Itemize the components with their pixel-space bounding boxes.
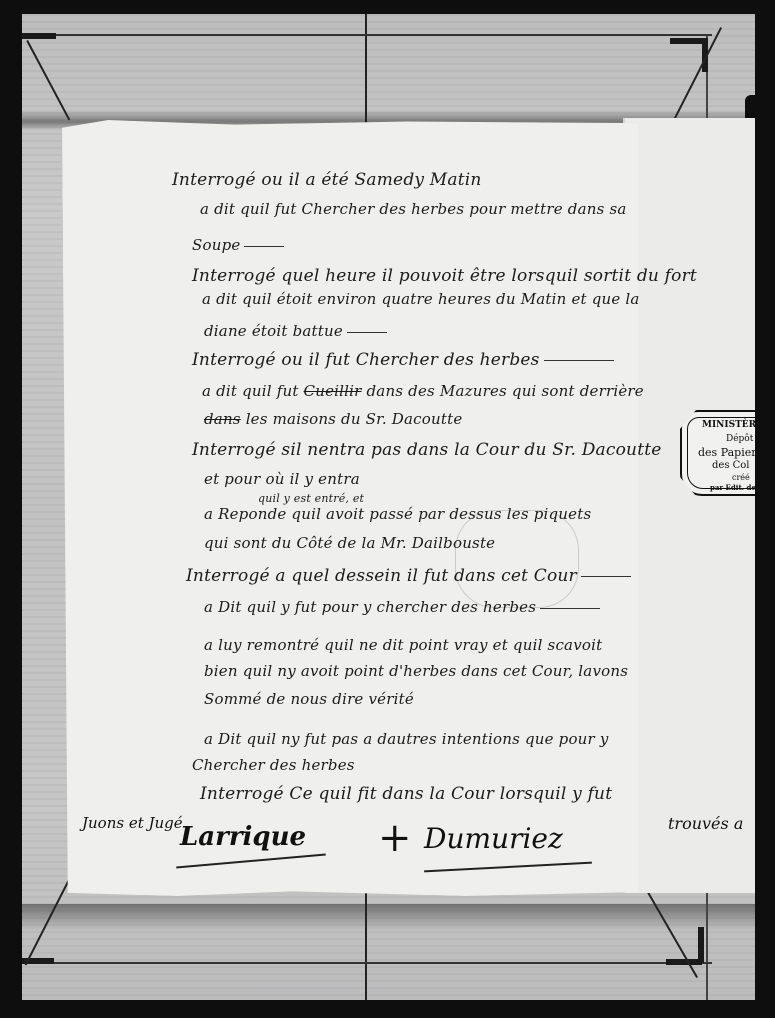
line-text: Interrogé quel heure il pouvoit être lor… <box>192 266 697 286</box>
line-text: diane étoit battue <box>204 322 343 340</box>
line-10: Interrogé sil nentra pas dans la Cour du… <box>192 440 662 460</box>
line-text: Interrogé ou il fut Chercher des herbes <box>192 350 540 370</box>
line-1: Interrogé ou il a été Samedy Matin <box>172 170 482 190</box>
stamp-text: des Col <box>712 460 750 471</box>
line-text: a dit quil fut Chercher des herbes pour … <box>200 200 627 218</box>
stamp-text: des Papiers <box>698 446 762 459</box>
scan-border-right <box>755 0 775 1018</box>
line-21: Interrogé Ce quil fit dans la Cour lorsq… <box>200 784 612 804</box>
line-flourish <box>544 360 614 361</box>
line-text: a Reponde quil avoit passé par dessus le… <box>204 505 591 523</box>
line-text: Interrogé ou il a été Samedy Matin <box>172 170 482 190</box>
line-text: et pour où il y entra <box>204 470 360 488</box>
corner-mark-bottom-right-v <box>698 927 704 963</box>
line-text: Interrogé sil nentra pas dans la Cour du… <box>192 440 662 460</box>
corner-mark-top-right-h <box>670 38 706 44</box>
struck-word: Cueillir <box>304 382 362 400</box>
line-text: quil y est entré, et <box>258 492 364 505</box>
corner-mark-bottom-right-h <box>666 959 702 965</box>
signature-right: Dumuriez <box>424 822 563 855</box>
line-text: a Dit quil ny fut pas a dautres intentio… <box>204 730 609 748</box>
line-flourish <box>540 608 600 609</box>
line-text: bien quil ny avoit point d'herbes dans c… <box>204 662 628 680</box>
stamp-text: Dépôt <box>726 434 753 444</box>
adjacent-page <box>623 118 756 893</box>
line-text: les maisons du Sr. Dacoutte <box>246 410 463 428</box>
signature-left: Larrique <box>180 822 306 852</box>
line-15: a Dit quil y fut pour y chercher des her… <box>204 598 600 616</box>
line-16: a luy remontré quil ne dit point vray et… <box>204 636 602 654</box>
line-text: a dit quil étoit environ quatre heures d… <box>202 290 640 308</box>
stamp-text: créé <box>732 473 750 482</box>
line-flourish <box>347 332 387 333</box>
interlinear-insertion: quil y est entré, et <box>258 492 364 505</box>
line-4: Interrogé quel heure il pouvoit être lor… <box>192 266 697 286</box>
line-12: a Reponde quil avoit passé par dessus le… <box>204 505 591 523</box>
line-flourish <box>581 576 631 577</box>
line-5: a dit quil étoit environ quatre heures d… <box>202 290 640 308</box>
line-text: dans des Mazures qui sont derrière <box>367 382 644 400</box>
line-20: Chercher des herbes <box>192 756 355 774</box>
adjacent-page-text: trouvés a <box>668 814 743 833</box>
board-bottom-rule <box>22 962 712 964</box>
line-text: Interrogé a quel dessein il fut dans cet… <box>186 566 577 586</box>
line-2: a dit quil fut Chercher des herbes pour … <box>200 200 627 218</box>
line-text: qui sont du Côté de la Mr. Dailbouste <box>204 534 495 552</box>
line-17: bien quil ny avoit point d'herbes dans c… <box>204 662 628 680</box>
line-text: Interrogé Ce quil fit dans la Cour lorsq… <box>200 784 612 804</box>
line-6: diane étoit battue <box>204 322 387 340</box>
corner-mark-top-left <box>22 33 56 39</box>
line-text: a Dit quil y fut pour y chercher des her… <box>204 598 536 616</box>
line-flourish <box>244 246 284 247</box>
line-18: Sommé de nous dire vérité <box>204 690 414 708</box>
line-text: Chercher des herbes <box>192 756 355 774</box>
signature-mark-cross: + <box>378 818 412 858</box>
line-text: Sommé de nous dire vérité <box>204 690 414 708</box>
line-19: a Dit quil ny fut pas a dautres intentio… <box>204 730 609 748</box>
faint-stamp-impression <box>455 510 579 608</box>
line-11: et pour où il y entra <box>204 470 360 488</box>
line-13: qui sont du Côté de la Mr. Dailbouste <box>204 534 495 552</box>
line-7: Interrogé ou il fut Chercher des herbes <box>192 350 614 370</box>
line-text: a luy remontré quil ne dit point vray et… <box>204 636 602 654</box>
board-shadow-bottom <box>22 904 755 930</box>
line-9: dans les maisons du Sr. Dacoutte <box>204 410 462 428</box>
struck-word: dans <box>204 410 241 428</box>
board-top-rule <box>22 34 712 36</box>
line-text: Soupe <box>192 236 240 254</box>
line-8: a dit quil fut Cueillir dans des Mazures… <box>202 382 644 400</box>
line-3: Soupe <box>192 236 284 254</box>
margin-note: Juons et Jugé <box>82 814 183 832</box>
line-text: a dit quil fut <box>202 382 299 400</box>
line-14: Interrogé a quel dessein il fut dans cet… <box>186 566 631 586</box>
